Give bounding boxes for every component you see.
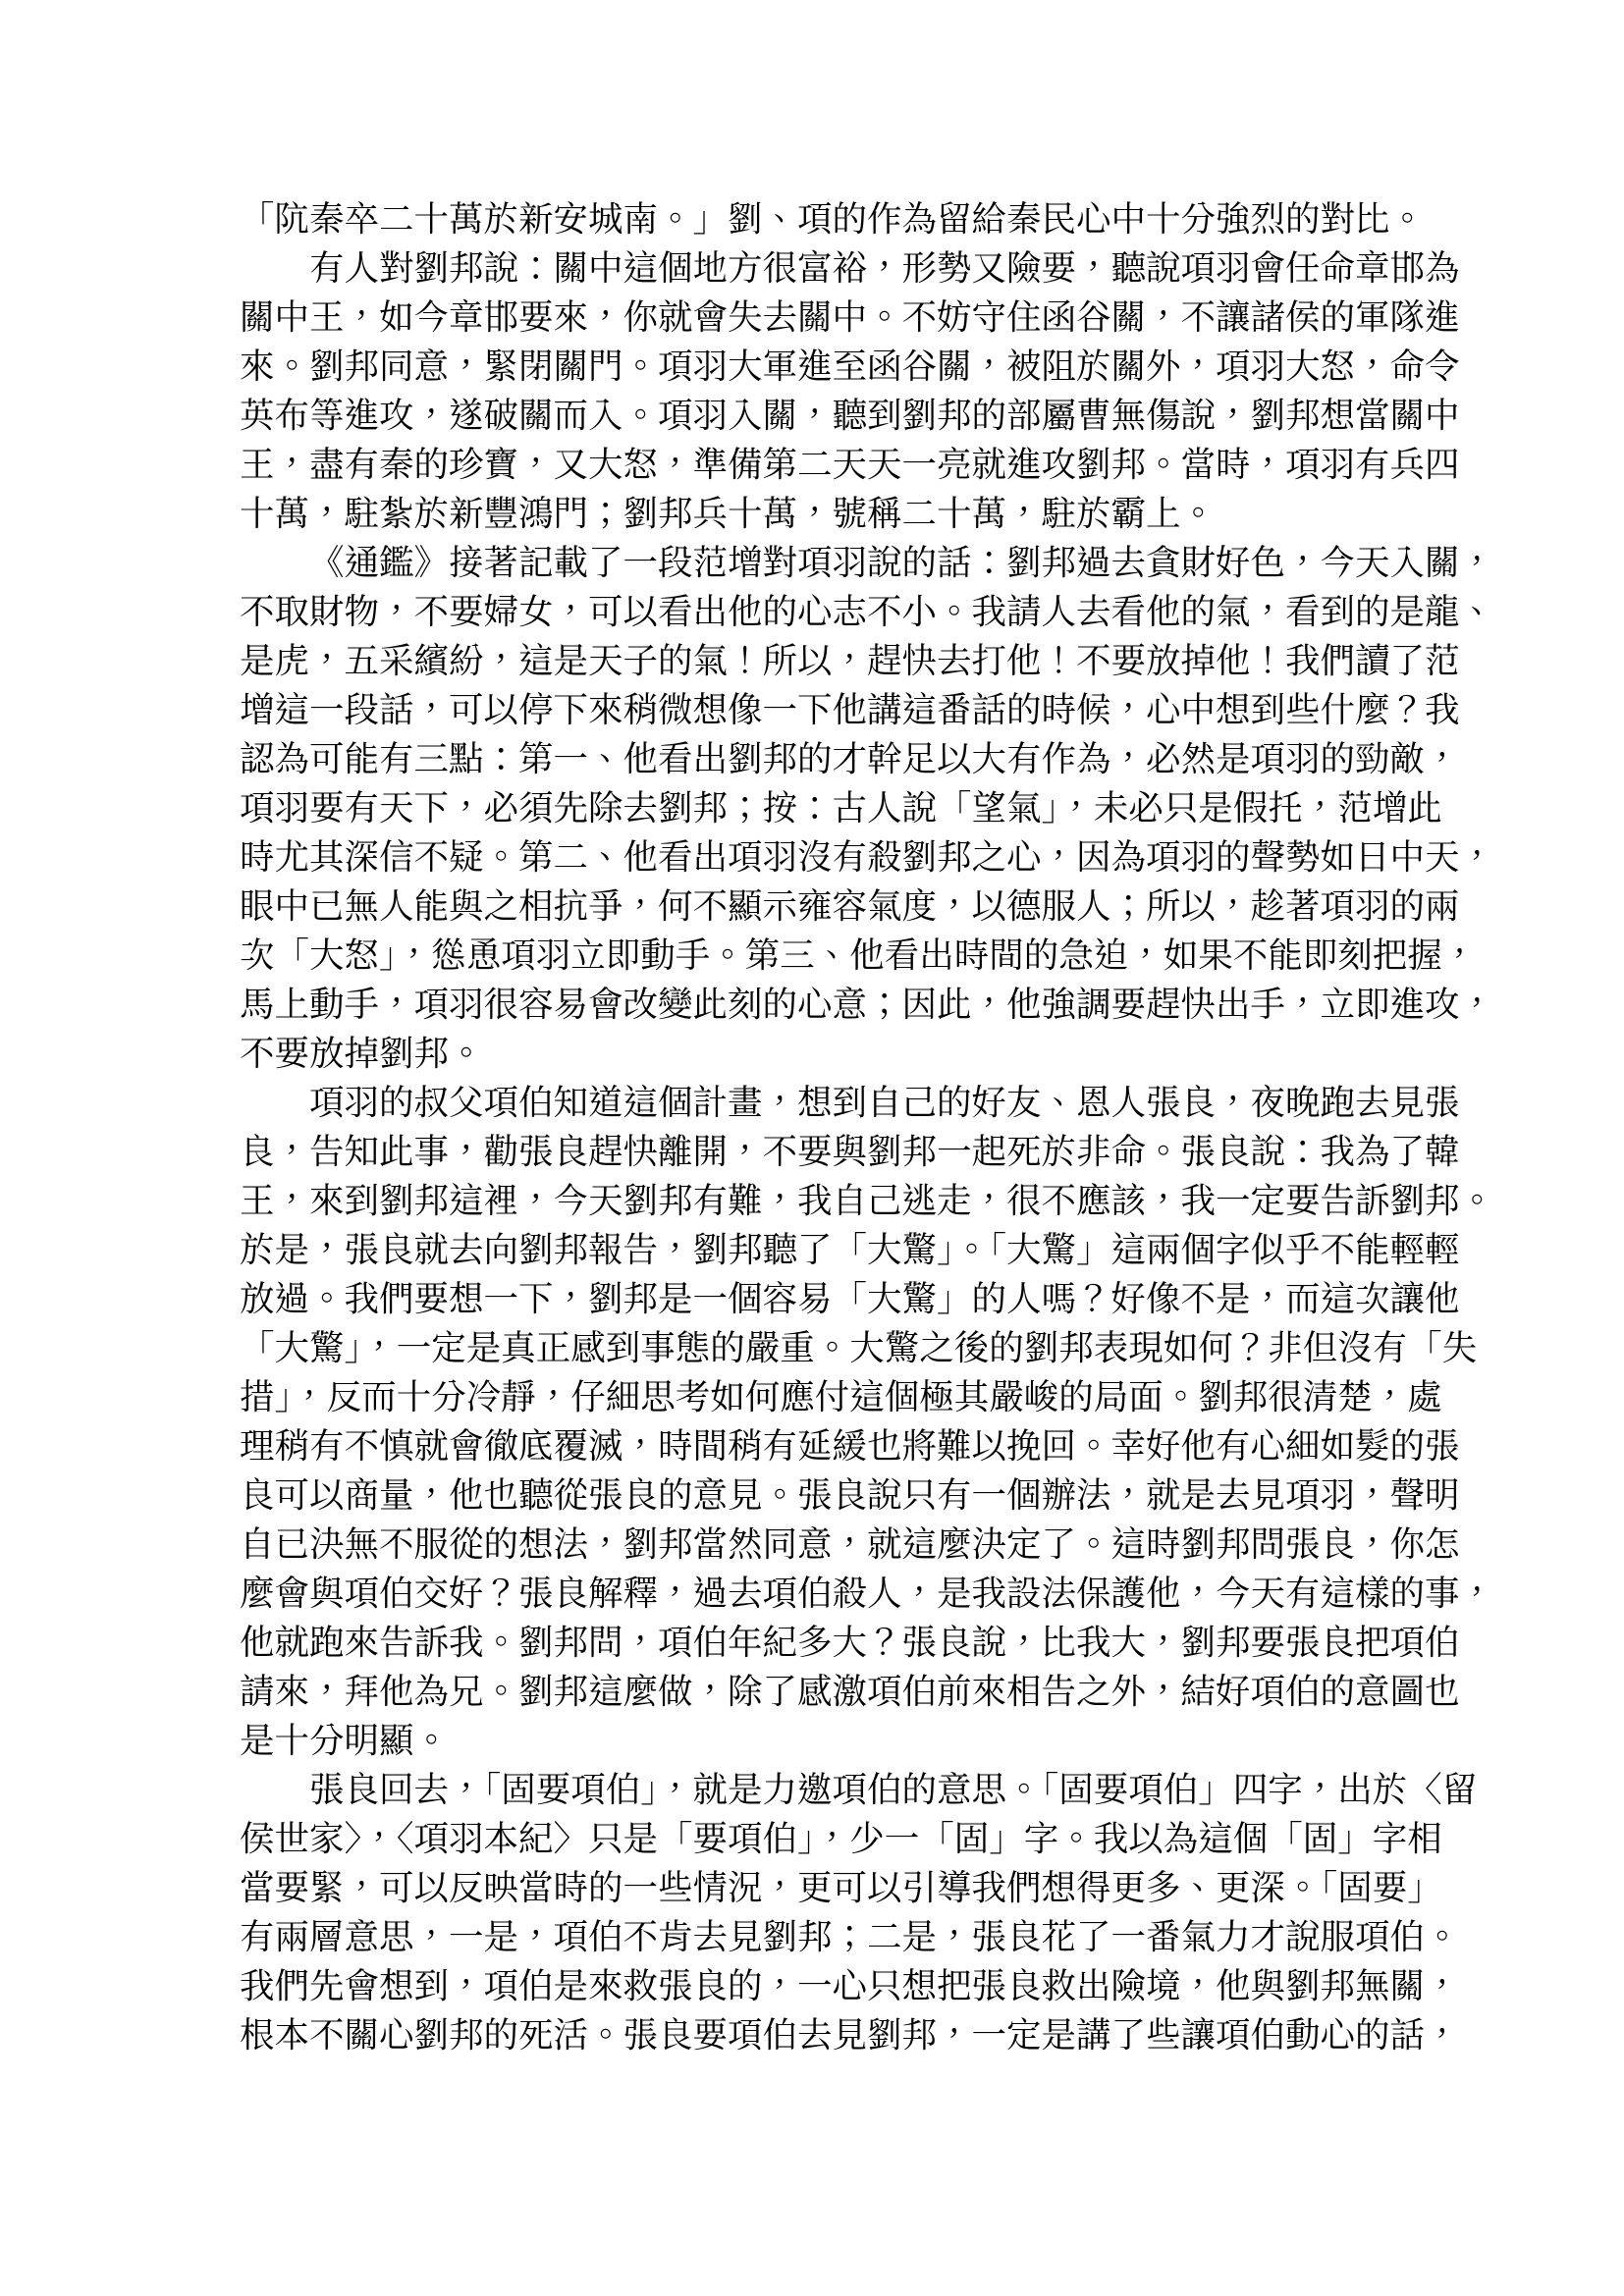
text-line: 來。劉邦同意，緊閉關門。項羽大軍進至函谷關，被阻於關外，項羽大怒，命令 [240,342,1506,391]
text-line: 馬上動手，項羽很容易會改變此刻的心意；因此，他強調要趕快出手，立即進攻， [240,980,1506,1029]
text-line: 《通鑑》接著記載了一段范增對項羽說的話：劉邦過去貪財好色，今天入關， [240,538,1506,587]
text-line: 英布等進攻，遂破關而入。項羽入關，聽到劉邦的部屬曹無傷說，劉邦想當關中 [240,391,1506,440]
text-line: 麼會與項伯交好？張良解釋，過去項伯殺人，是我設法保護他，今天有這樣的事， [240,1569,1506,1618]
text-line: 根本不關心劉邦的死活。張良要項伯去見劉邦，一定是講了些讓項伯動心的話， [240,2010,1506,2059]
text-line: 良可以商量，他也聽從張良的意見。張良說只有一個辦法，就是去見項羽，聲明 [240,1470,1506,1520]
text-line: 項羽的叔父項伯知道這個計畫，想到自己的好友、恩人張良，夜晚跑去見張 [240,1078,1506,1127]
text-line: 是虎，五采繽紛，這是天子的氣！所以，趕快去打他！不要放掉他！我們讀了范 [240,636,1506,685]
text-line: 認為可能有三點：第一、他看出劉邦的才幹足以大有作為，必然是項羽的勁敵， [240,734,1506,783]
text-line: 有兩層意思，一是，項伯不肯去見劉邦；二是，張良花了一番氣力才說服項伯。 [240,1912,1506,1961]
text-line: 理稍有不慎就會徹底覆滅，時間稍有延緩也將難以挽回。幸好他有心細如髮的張 [240,1421,1506,1470]
text-line: 眼中已無人能與之相抗爭，何不顯示雍容氣度，以德服人；所以，趁著項羽的兩 [240,881,1506,931]
text-line: 良，告知此事，勸張良趕快離開，不要與劉邦一起死於非命。張良說：我為了韓 [240,1127,1506,1176]
text-line: 十萬，駐紮於新豐鴻門；劉邦兵十萬，號稱二十萬，駐於霸上。 [240,489,1506,538]
text-line: 請來，拜他為兄。劉邦這麼做，除了感激項伯前來相告之外，結好項伯的意圖也 [240,1667,1506,1716]
text-line: 措」，反而十分冷靜，仔細思考如何應付這個極其嚴峻的局面。劉邦很清楚，處 [240,1372,1506,1421]
document-page: 「阬秦卒二十萬於新安城南。」劉、項的作為留給秦民心中十分強烈的對比。有人對劉邦說… [0,0,1624,2296]
text-line: 他就跑來告訴我。劉邦問，項伯年紀多大？張良說，比我大，劉邦要張良把項伯 [240,1618,1506,1667]
text-line: 時尤其深信不疑。第二、他看出項羽沒有殺劉邦之心，因為項羽的聲勢如日中天， [240,832,1506,881]
text-line: 王，盡有秦的珍寶，又大怒，準備第二天天一亮就進攻劉邦。當時，項羽有兵四 [240,440,1506,489]
text-line: 放過。我們要想一下，劉邦是一個容易「大驚」的人嗎？好像不是，而這次讓他 [240,1274,1506,1323]
text-line: 於是，張良就去向劉邦報告，劉邦聽了「大驚」。「大驚」這兩個字似乎不能輕輕 [240,1225,1506,1274]
text-line: 張良回去，「固要項伯」，就是力邀項伯的意思。「固要項伯」四字，出於〈留 [240,1765,1506,1814]
text-line: 「阬秦卒二十萬於新安城南。」劉、項的作為留給秦民心中十分強烈的對比。 [240,194,1506,243]
text-line: 「大驚」，一定是真正感到事態的嚴重。大驚之後的劉邦表現如何？非但沒有「失 [240,1323,1506,1372]
text-line: 項羽要有天下，必須先除去劉邦；按：古人說「望氣」，未必只是假托，范增此 [240,783,1506,832]
text-line: 不取財物，不要婦女，可以看出他的心志不小。我請人去看他的氣，看到的是龍、 [240,587,1506,636]
text-line: 次「大怒」，慫恿項羽立即動手。第三、他看出時間的急迫，如果不能即刻把握， [240,931,1506,980]
text-line: 我們先會想到，項伯是來救張良的，一心只想把張良救出險境，他與劉邦無關， [240,1961,1506,2010]
text-line: 當要緊，可以反映當時的一些情況，更可以引導我們想得更多、更深。「固要」 [240,1863,1506,1912]
text-line: 有人對劉邦說：關中這個地方很富裕，形勢又險要，聽說項羽會任命章邯為 [240,243,1506,293]
text-line: 自已決無不服從的想法，劉邦當然同意，就這麼決定了。這時劉邦問張良，你怎 [240,1520,1506,1569]
text-line: 侯世家〉，〈項羽本紀〉只是「要項伯」，少一「固」字。我以為這個「固」字相 [240,1814,1506,1863]
text-line: 不要放掉劉邦。 [240,1029,1506,1078]
text-line: 增這一段話，可以停下來稍微想像一下他講這番話的時候，心中想到些什麼？我 [240,685,1506,734]
text-block: 「阬秦卒二十萬於新安城南。」劉、項的作為留給秦民心中十分強烈的對比。有人對劉邦說… [240,194,1506,2059]
text-line: 是十分明顯。 [240,1716,1506,1765]
text-line: 王，來到劉邦這裡，今天劉邦有難，我自己逃走，很不應該，我一定要告訴劉邦。 [240,1176,1506,1225]
text-line: 關中王，如今章邯要來，你就會失去關中。不妨守住函谷關，不讓諸侯的軍隊進 [240,293,1506,342]
